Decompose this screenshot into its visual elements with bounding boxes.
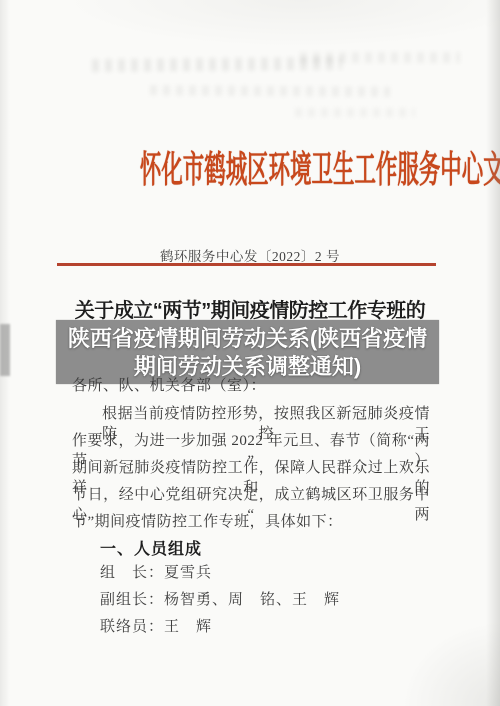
seo-overlay-banner: 陕西省疫情期间劳动关系(陕西省疫情 期间劳动关系调整通知) [56,320,439,384]
agency-header-title-text: 怀化市鹤城区环境卫生工作服务中心文件 [140,150,500,192]
roster-line-liaison: 联络员：王 辉 [100,617,212,637]
paragraph-line: 节”期间疫情防控工作专班，具体如下： [72,512,430,532]
roster-line-leader: 组 长：夏雪兵 [100,563,212,583]
salutation-line: 各所、队、机关各部（室）： [72,376,430,396]
roster-line-deputy-leaders: 副组长：杨智勇、周 铭、王 辉 [100,590,340,610]
bleedthrough-smudge [92,57,342,72]
red-divider-line [57,263,436,266]
bleedthrough-smudge [300,52,460,63]
photo-edge-artifact [0,324,10,376]
document-photo: 怀化市鹤城区环境卫生工作服务中心文件 鹤环服务中心发〔2022〕2 号 关于成立… [0,0,500,706]
section-heading-personnel: 一、人员组成 [100,536,202,559]
bleedthrough-smudge [295,108,415,117]
agency-header-title: 怀化市鹤城区环境卫生工作服务中心文件 [0,150,500,192]
document-number: 鹤环服务中心发〔2022〕2 号 [0,245,500,265]
overlay-text-line1: 陕西省疫情期间劳动关系(陕西省疫情 [68,325,427,352]
bleedthrough-smudge [150,85,390,97]
